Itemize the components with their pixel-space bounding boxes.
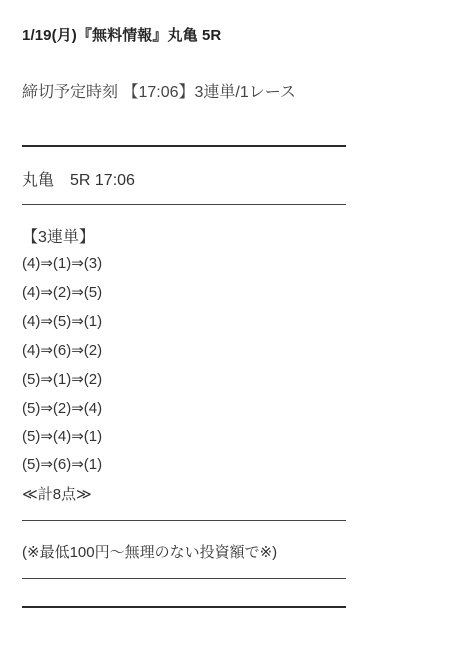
deadline-info: 締切予定時刻 【17:06】3連単/1レース [22, 79, 296, 102]
combo-item: (4)⇒(2)⇒(5) [22, 283, 102, 301]
race-info: 丸亀 5R 17:06 [22, 167, 135, 190]
divider-total [22, 520, 346, 521]
combo-item: (4)⇒(1)⇒(3) [22, 254, 102, 272]
combo-item: (5)⇒(6)⇒(1) [22, 455, 102, 473]
combo-item: (4)⇒(6)⇒(2) [22, 341, 102, 359]
page-title: 1/19(月)『無料情報』丸亀 5R [22, 24, 221, 45]
combo-item: (5)⇒(1)⇒(2) [22, 370, 102, 388]
divider-race [22, 204, 346, 205]
divider-heavy-top [22, 145, 346, 147]
combo-item: (5)⇒(2)⇒(4) [22, 399, 102, 417]
divider-heavy-bottom [22, 606, 346, 608]
bet-type-label: 【3連単】 [22, 224, 95, 247]
total-points: ≪計8点≫ [22, 483, 92, 504]
combo-item: (4)⇒(5)⇒(1) [22, 312, 102, 330]
divider-note [22, 578, 346, 579]
investment-note: (※最低100円〜無理のない投資額で※) [22, 541, 277, 562]
combo-item: (5)⇒(4)⇒(1) [22, 427, 102, 445]
